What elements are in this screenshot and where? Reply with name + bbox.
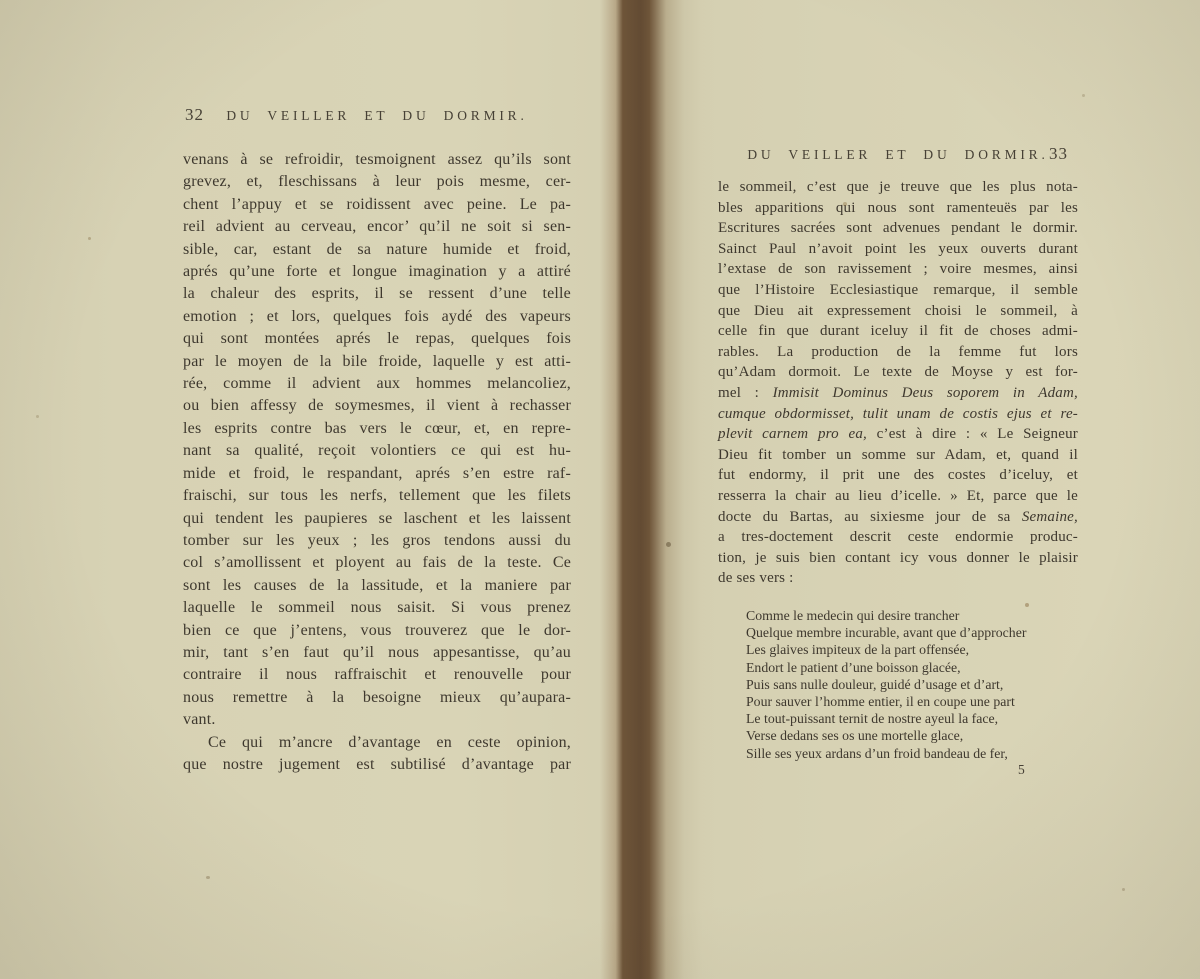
foxing-spot xyxy=(88,237,91,240)
text-line: mide et froid, le respandant, aprés s’en… xyxy=(183,463,571,485)
text-line: Ce qui m’ancre d’avantage en ceste opini… xyxy=(183,732,571,754)
text-line: emotion ; et lors, quelques fois aydé de… xyxy=(183,306,571,328)
text-line: a tres-doctement descrit ceste endormie … xyxy=(718,527,1078,548)
text-line: qui sont montées aprés le repas, quelque… xyxy=(183,328,571,350)
verse-line: Puis sans nulle douleur, guidé d’usage e… xyxy=(746,676,1078,693)
verse-line: Le tout-puissant ternit de nostre ayeul … xyxy=(746,710,1078,727)
verse-line: Comme le medecin qui desire trancher xyxy=(746,607,1078,624)
text-line: sont les causes de la lassitude, et la m… xyxy=(183,575,571,597)
book-spread-photo: 32 DU VEILLER ET DU DORMIR. venans à se … xyxy=(0,0,1200,979)
right-running-title: DU VEILLER ET DU DORMIR. xyxy=(747,147,1048,163)
text-line: nous remettre à la besoigne mieux qu’aup… xyxy=(183,687,571,709)
verse-line: Verse dedans ses os une mortelle glace, xyxy=(746,727,1078,744)
text-line: ou bien affessy de soymesmes, il vient à… xyxy=(183,395,571,417)
foxing-spot xyxy=(36,415,39,418)
text-line: fut endormy, il prit une des costes d’ic… xyxy=(718,465,1078,486)
right-page-number: 33 xyxy=(1049,144,1068,164)
text-line: qui tendent les paupieres se laschent et… xyxy=(183,508,571,530)
text-line: que Dieu ait expressement choisi le somm… xyxy=(718,301,1078,322)
text-line: tion, je suis bien contant icy vous donn… xyxy=(718,548,1078,569)
text-line: venans à se refroidir, tesmoignent assez… xyxy=(183,149,571,171)
text-line: nant sa qualité, reçoit volontiers ce qu… xyxy=(183,440,571,462)
text-line: contraire il nous raffraischit et renouv… xyxy=(183,664,571,686)
text-line: docte du Bartas, au sixiesme jour de sa … xyxy=(718,507,1078,528)
text-line: mir, tant s’en faut qu’il nous appesanti… xyxy=(183,642,571,664)
text-line: cumque obdormisset, tulit unam de costis… xyxy=(718,404,1078,425)
text-line: aprés qu’une forte et longue imagination… xyxy=(183,261,571,283)
text-line: laquelle le sommeil nous saisit. Si vous… xyxy=(183,597,571,619)
text-line: les esprits contre bas vers le cœur, et,… xyxy=(183,418,571,440)
foxing-spot xyxy=(1122,888,1125,891)
text-line: bien ce que j’entens, vous trouverez que… xyxy=(183,620,571,642)
text-line: de ses vers : xyxy=(718,568,1078,589)
verse-line: Sille ses yeux ardans d’un froid bandeau… xyxy=(746,745,1078,762)
text-line: col s’amollissent et ployent au fais de … xyxy=(183,552,571,574)
text-line: qu’Adam dormoit. Le texte de Moyse y est… xyxy=(718,362,1078,383)
text-line: rables. La production de la femme fut lo… xyxy=(718,342,1078,363)
text-line: Sainct Paul n’avoit point les yeux ouver… xyxy=(718,239,1078,260)
signature-mark: 5 xyxy=(1018,762,1025,778)
verse-line: Pour sauver l’homme entier, il en coupe … xyxy=(746,693,1078,710)
verse-line: Quelque membre incurable, avant que d’ap… xyxy=(746,624,1078,641)
text-line: sible, car, estant de sa nature humide e… xyxy=(183,239,571,261)
text-line: que l’Histoire Ecclesiastique remarque, … xyxy=(718,280,1078,301)
foxing-spot xyxy=(1082,94,1085,97)
book-spine-gutter xyxy=(600,0,720,979)
left-running-title: DU VEILLER ET DU DORMIR. xyxy=(226,108,527,124)
text-line: rée, comme il advient aux hommes melanco… xyxy=(183,373,571,395)
right-page-header: DU VEILLER ET DU DORMIR. 33 xyxy=(718,144,1078,168)
text-line: la chaleur des esprits, il se ressent d’… xyxy=(183,283,571,305)
left-text-column: venans à se refroidir, tesmoignent assez… xyxy=(183,149,571,776)
text-line: tomber sur les yeux ; les gros tendons a… xyxy=(183,530,571,552)
text-line: fraischi, sur tous les nerfs, tellement … xyxy=(183,485,571,507)
text-line: resserra la chair au lieu d’icelle. » Et… xyxy=(718,486,1078,507)
text-line: reil advient au cerveau, encor’ qu’il ne… xyxy=(183,216,571,238)
verse-block: Comme le medecin qui desire trancherQuel… xyxy=(718,607,1078,762)
text-line: plevit carnem pro ea, c’est à dire : « L… xyxy=(718,424,1078,445)
text-line: que nostre jugement est subtilisé d’avan… xyxy=(183,754,571,776)
text-line: par le moyen de la bile froide, laquelle… xyxy=(183,351,571,373)
left-page-header: 32 DU VEILLER ET DU DORMIR. xyxy=(183,105,571,129)
text-line: grevez, et, fleschissans à leur pois mes… xyxy=(183,171,571,193)
verse-line: Endort le patient d’une boisson glacée, xyxy=(746,659,1078,676)
right-page: DU VEILLER ET DU DORMIR. 33 le sommeil, … xyxy=(718,144,1078,884)
foxing-spot xyxy=(206,876,210,879)
text-line: l’extase de son ravissement ; voire mesm… xyxy=(718,259,1078,280)
left-page: 32 DU VEILLER ET DU DORMIR. venans à se … xyxy=(183,105,571,845)
text-line: bles apparitions qui nous sont ramenteuë… xyxy=(718,198,1078,219)
text-line: Dieu fit tomber un somme sur Adam, et, q… xyxy=(718,445,1078,466)
text-line: Escritures sacrées sont advenues pendant… xyxy=(718,218,1078,239)
text-line: chent l’appuy et se roidissent avec pein… xyxy=(183,194,571,216)
text-line: celle fin que durant iceluy il fit de ch… xyxy=(718,321,1078,342)
text-line: le sommeil, c’est que je treuve que les … xyxy=(718,177,1078,198)
text-line: vant. xyxy=(183,709,571,731)
left-page-number: 32 xyxy=(185,105,204,125)
verse-line: Les glaives impiteux de la part offensée… xyxy=(746,641,1078,658)
text-line: mel : Immisit Dominus Deus soporem in Ad… xyxy=(718,383,1078,404)
right-text-column: le sommeil, c’est que je treuve que les … xyxy=(718,177,1078,589)
